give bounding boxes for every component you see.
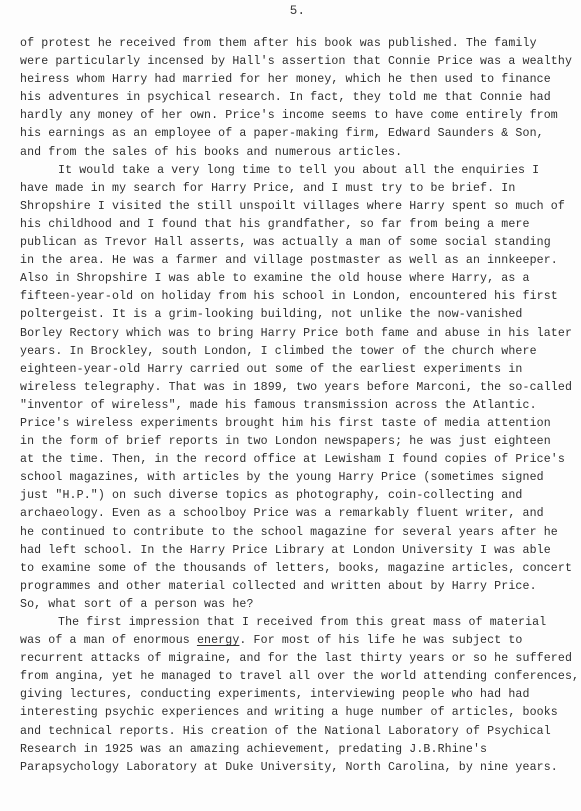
text-line: of protest he received from them after h… <box>20 35 580 53</box>
line-text: at the time. Then, in the record office … <box>20 453 565 466</box>
line-text: of protest he received from them after h… <box>20 37 537 50</box>
text-line: It would take a very long time to tell y… <box>20 162 580 180</box>
line-text: wireless telegraphy. That was in 1899, t… <box>20 381 572 394</box>
text-line: he continued to contribute to the school… <box>20 524 580 542</box>
text-line: his adventures in psychical research. In… <box>20 89 580 107</box>
line-text: had left school. In the Harry Price Libr… <box>20 544 551 557</box>
text-line: wireless telegraphy. That was in 1899, t… <box>20 379 580 397</box>
line-text: archaeology. Even as a schoolboy Price w… <box>20 507 544 520</box>
line-text: his childhood and I found that his grand… <box>20 218 530 231</box>
text-line: Shropshire I visited the still unspoilt … <box>20 198 580 216</box>
line-text: to examine some of the thousands of lett… <box>20 562 572 575</box>
line-text: in the form of brief reports in two Lond… <box>20 435 551 448</box>
text-line: his earnings as an employee of a paper-m… <box>20 125 580 143</box>
line-text: were particularly incensed by Hall's ass… <box>20 55 572 68</box>
text-line: publican as Trevor Hall asserts, was act… <box>20 234 580 252</box>
line-text: giving lectures, conducting experiments,… <box>20 688 530 701</box>
line-text: fifteen-year-old on holiday from his sch… <box>20 290 558 303</box>
line-text: The first impression that I received fro… <box>58 616 546 629</box>
line-text-continued: . For most of his life he was subject to <box>239 634 522 647</box>
line-text: Price's wireless experiments brought him… <box>20 417 551 430</box>
line-text: and from the sales of his books and nume… <box>20 146 402 159</box>
line-text: eighteen-year-old Harry carried out some… <box>20 363 523 376</box>
text-line: Research in 1925 was an amazing achievem… <box>20 741 580 759</box>
text-line: his childhood and I found that his grand… <box>20 216 580 234</box>
line-text: Research in 1925 was an amazing achievem… <box>20 743 487 756</box>
line-text: school magazines, with articles by the y… <box>20 471 544 484</box>
line-text: programmes and other material collected … <box>20 580 537 593</box>
line-text: poltergeist. It is a grim-looking buildi… <box>20 308 523 321</box>
text-line: have made in my search for Harry Price, … <box>20 180 580 198</box>
line-text: heiress whom Harry had married for her m… <box>20 73 551 86</box>
text-line: and from the sales of his books and nume… <box>20 144 580 162</box>
text-line: Borley Rectory which was to bring Harry … <box>20 325 580 343</box>
text-line: archaeology. Even as a schoolboy Price w… <box>20 505 580 523</box>
line-text: recurrent attacks of migraine, and for t… <box>20 652 572 665</box>
typed-page: 5. of protest he received from them afte… <box>0 0 581 811</box>
line-text: Shropshire I visited the still unspoilt … <box>20 200 565 213</box>
line-text: Parapsychology Laboratory at Duke Univer… <box>20 761 558 774</box>
text-line: in the area. He was a farmer and village… <box>20 252 580 270</box>
text-line: programmes and other material collected … <box>20 578 580 596</box>
page-number: 5. <box>0 4 581 18</box>
line-text: have made in my search for Harry Price, … <box>20 182 515 195</box>
line-text: Borley Rectory which was to bring Harry … <box>20 327 572 340</box>
text-line: fifteen-year-old on holiday from his sch… <box>20 288 580 306</box>
text-line: Parapsychology Laboratory at Duke Univer… <box>20 759 580 777</box>
text-line: school magazines, with articles by the y… <box>20 469 580 487</box>
text-line: eighteen-year-old Harry carried out some… <box>20 361 580 379</box>
text-line: were particularly incensed by Hall's ass… <box>20 53 580 71</box>
line-text: hardly any money of her own. Price's inc… <box>20 109 558 122</box>
body-text: of protest he received from them after h… <box>20 35 580 777</box>
text-line: Also in Shropshire I was able to examine… <box>20 270 580 288</box>
text-line: was of a man of enormous energy. For mos… <box>20 632 580 650</box>
text-line: poltergeist. It is a grim-looking buildi… <box>20 306 580 324</box>
line-text: just "H.P.") on such diverse topics as p… <box>20 489 523 502</box>
line-text: "inventor of wireless", made his famous … <box>20 399 537 412</box>
text-line: and technical reports. His creation of t… <box>20 723 580 741</box>
line-text: publican as Trevor Hall asserts, was act… <box>20 236 551 249</box>
underlined-word: energy <box>197 634 239 647</box>
line-text: Also in Shropshire I was able to examine… <box>20 272 530 285</box>
text-line: just "H.P.") on such diverse topics as p… <box>20 487 580 505</box>
line-text: and technical reports. His creation of t… <box>20 725 551 738</box>
text-line: years. In Brockley, south London, I clim… <box>20 343 580 361</box>
text-line: So, what sort of a person was he? <box>20 596 580 614</box>
text-line: at the time. Then, in the record office … <box>20 451 580 469</box>
text-line: hardly any money of her own. Price's inc… <box>20 107 580 125</box>
text-line: to examine some of the thousands of lett… <box>20 560 580 578</box>
text-line: heiress whom Harry had married for her m… <box>20 71 580 89</box>
line-text: his earnings as an employee of a paper-m… <box>20 127 544 140</box>
text-line: interesting psychic experiences and writ… <box>20 704 580 722</box>
line-text: his adventures in psychical research. In… <box>20 91 551 104</box>
line-text: interesting psychic experiences and writ… <box>20 706 558 719</box>
text-line: in the form of brief reports in two Lond… <box>20 433 580 451</box>
text-line: Price's wireless experiments brought him… <box>20 415 580 433</box>
text-line: recurrent attacks of migraine, and for t… <box>20 650 580 668</box>
text-line: "inventor of wireless", made his famous … <box>20 397 580 415</box>
line-text: So, what sort of a person was he? <box>20 598 254 611</box>
text-line: had left school. In the Harry Price Libr… <box>20 542 580 560</box>
line-text: It would take a very long time to tell y… <box>58 164 539 177</box>
line-text: in the area. He was a farmer and village… <box>20 254 558 267</box>
line-text: years. In Brockley, south London, I clim… <box>20 345 537 358</box>
text-line: giving lectures, conducting experiments,… <box>20 686 580 704</box>
line-text: he continued to contribute to the school… <box>20 526 558 539</box>
text-line: The first impression that I received fro… <box>20 614 580 632</box>
line-text: from angina, yet he managed to travel al… <box>20 670 579 683</box>
text-line: from angina, yet he managed to travel al… <box>20 668 580 686</box>
line-text: was of a man of enormous <box>20 634 197 647</box>
